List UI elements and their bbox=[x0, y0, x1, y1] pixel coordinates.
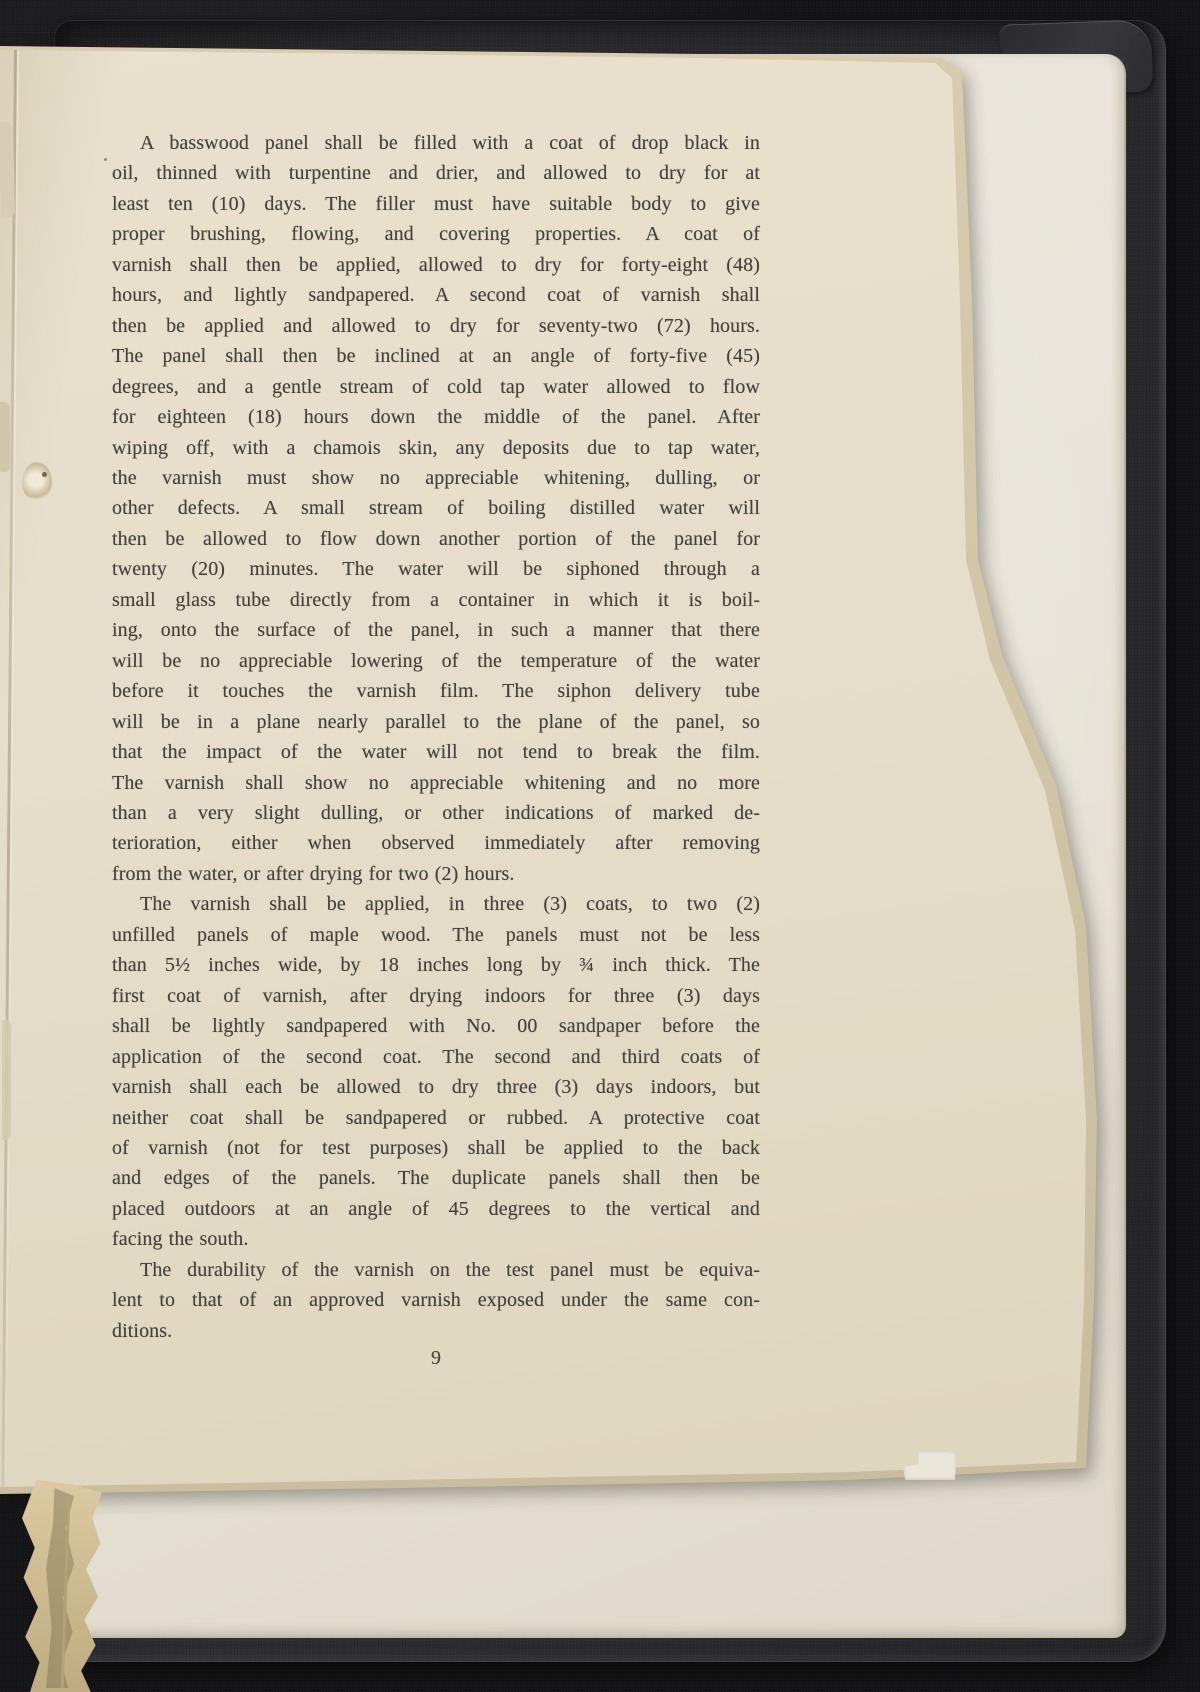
text-line: application of the second coat. The seco… bbox=[112, 1042, 760, 1072]
text-line: of varnish (not for test purposes) shall… bbox=[112, 1133, 760, 1163]
text-line: The panel shall then be inclined at an a… bbox=[112, 341, 760, 371]
text-line: varnish shall then be applied, allowed t… bbox=[112, 250, 760, 280]
text-line: from the water, or after drying for two … bbox=[112, 859, 760, 889]
text-line: degrees, and a gentle stream of cold tap… bbox=[112, 372, 760, 402]
text-line: lent to that of an approved varnish expo… bbox=[112, 1285, 760, 1315]
text-line: twenty (20) minutes. The water will be s… bbox=[112, 554, 760, 584]
page-text-block: A basswood panel shall be filled with a … bbox=[112, 128, 760, 1346]
text-line: then be applied and allowed to dry for s… bbox=[112, 311, 760, 341]
text-line: the varnish must show no appreciable whi… bbox=[112, 463, 760, 493]
page-speck bbox=[42, 472, 47, 477]
text-line: small glass tube directly from a contain… bbox=[112, 585, 760, 615]
paragraph: The varnish shall be applied, in three (… bbox=[112, 889, 760, 1254]
torn-page-stub bbox=[0, 122, 15, 218]
text-line: then be allowed to flow down another por… bbox=[112, 524, 760, 554]
text-line: The varnish shall show no appreciable wh… bbox=[112, 768, 760, 798]
text-line: terioration, either when observed immedi… bbox=[112, 828, 760, 858]
text-line: ing, onto the surface of the panel, in s… bbox=[112, 615, 760, 645]
text-line: The varnish shall be applied, in three (… bbox=[112, 889, 760, 919]
text-line: placed outdoors at an angle of 45 degree… bbox=[112, 1194, 760, 1224]
text-line: will be in a plane nearly parallel to th… bbox=[112, 707, 760, 737]
text-line: oil, thinned with turpentine and drier, … bbox=[112, 158, 760, 188]
text-line: than a very slight dulling, or other ind… bbox=[112, 798, 760, 828]
text-line: ditions. bbox=[112, 1316, 760, 1346]
photo-background: A basswood panel shall be filled with a … bbox=[0, 0, 1200, 1692]
text-line: wiping off, with a chamois skin, any dep… bbox=[112, 433, 760, 463]
torn-page-stub bbox=[2, 1020, 11, 1140]
text-line: before it touches the varnish film. The … bbox=[112, 676, 760, 706]
text-line: than 5½ inches wide, by 18 inches long b… bbox=[112, 950, 760, 980]
text-line: shall be lightly sandpapered with No. 00… bbox=[112, 1011, 760, 1041]
text-line: proper brushing, flowing, and covering p… bbox=[112, 219, 760, 249]
text-line: and edges of the panels. The duplicate p… bbox=[112, 1163, 760, 1193]
paragraph: The durability of the varnish on the tes… bbox=[112, 1255, 760, 1346]
page-number: 9 bbox=[112, 1347, 760, 1370]
page-blemish bbox=[22, 462, 52, 502]
text-line: that the impact of the water will not te… bbox=[112, 737, 760, 767]
text-line: varnish shall each be allowed to dry thr… bbox=[112, 1072, 760, 1102]
text-line: neither coat shall be sandpapered or rub… bbox=[112, 1103, 760, 1133]
text-line: The durability of the varnish on the tes… bbox=[112, 1255, 760, 1285]
text-line: will be no appreciable lowering of the t… bbox=[112, 646, 760, 676]
page-speck bbox=[104, 158, 107, 161]
text-line: hours, and lightly sandpapered. A second… bbox=[112, 280, 760, 310]
text-line: unfilled panels of maple wood. The panel… bbox=[112, 920, 760, 950]
text-line: for eighteen (18) hours down the middle … bbox=[112, 402, 760, 432]
text-line: facing the south. bbox=[112, 1224, 760, 1254]
torn-page-stub bbox=[0, 402, 10, 472]
text-line: other defects. A small stream of boiling… bbox=[112, 493, 760, 523]
text-line: least ten (10) days. The filler must hav… bbox=[112, 189, 760, 219]
paragraph: A basswood panel shall be filled with a … bbox=[112, 128, 760, 889]
text-line: first coat of varnish, after drying indo… bbox=[112, 981, 760, 1011]
text-line: A basswood panel shall be filled with a … bbox=[112, 128, 760, 158]
